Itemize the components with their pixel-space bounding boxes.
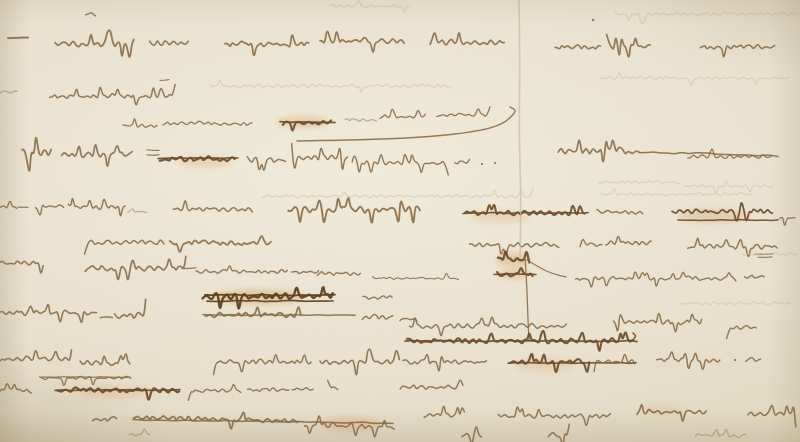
manuscript-scan-svg — [0, 0, 800, 442]
paper-grain-texture — [0, 0, 800, 442]
manuscript-page — [0, 0, 800, 442]
